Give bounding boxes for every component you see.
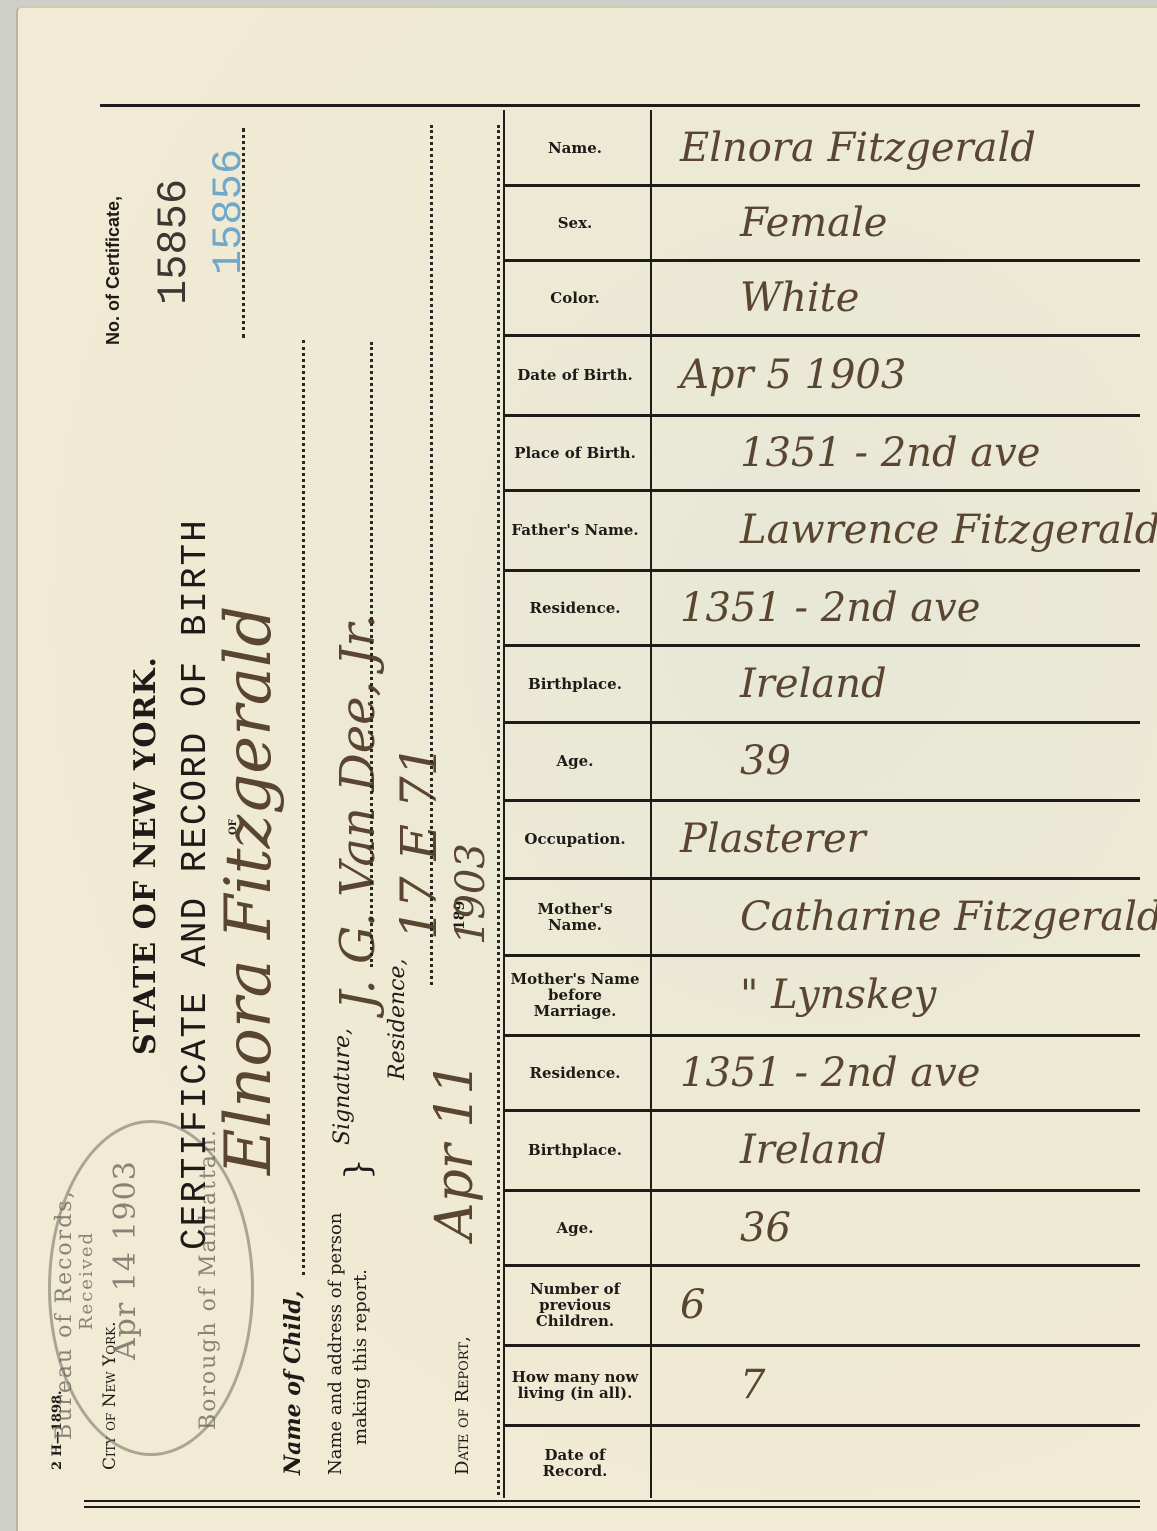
certificate-number-label: No. of Certificate, <box>103 196 124 345</box>
row-label: Place of Birth. <box>510 415 640 490</box>
row-label: Residence. <box>510 1035 640 1110</box>
row-value: 6 <box>660 1265 1150 1345</box>
bottom-border-rule-2 <box>84 1506 1140 1508</box>
table-left-border <box>503 110 505 1498</box>
row-value: Ireland <box>660 1110 1157 1190</box>
row-value: Plasterer <box>660 800 1150 878</box>
row-value: Catharine Fitzgerald <box>660 878 1157 955</box>
row-label: Occupation. <box>510 800 640 878</box>
row-label: Age. <box>510 722 640 800</box>
reporter-label-line2: making this report. <box>350 1269 371 1445</box>
table-column-divider <box>650 110 652 1498</box>
row-value: 1351 - 2nd ave <box>660 415 1157 490</box>
row-value: Female <box>660 185 1157 260</box>
signature-label: Signature, <box>330 1028 355 1145</box>
row-label: Name. <box>510 110 640 185</box>
row-label: Date of Birth. <box>510 335 640 415</box>
date-of-report-value: Apr 11 <box>425 1062 485 1240</box>
row-value: 39 <box>660 722 1157 800</box>
bottom-border-rule <box>84 1500 1140 1502</box>
certificate-number-dotted-line <box>242 128 245 338</box>
signature-value: J. G. Van Dee, Jr. <box>330 614 386 1010</box>
residence-label: Residence, <box>385 958 410 1080</box>
row-value: 1351 - 2nd ave <box>660 570 1150 645</box>
brace-icon: } <box>338 1158 378 1180</box>
child-name-label: Name of Child, <box>280 1291 306 1475</box>
signature-dotted-line <box>370 342 373 967</box>
year-value: 1903 <box>448 843 494 945</box>
stamp-mid-text: Received <box>76 1231 97 1330</box>
row-value: 1351 - 2nd ave <box>660 1035 1150 1110</box>
row-value: 7 <box>660 1345 1157 1425</box>
date-dotted-line <box>497 125 500 1495</box>
row-label: Residence. <box>510 570 640 645</box>
row-label: Color. <box>510 260 640 335</box>
row-label: Sex. <box>510 185 640 260</box>
row-value: Apr 5 1903 <box>660 335 1150 415</box>
row-label: Number of previous Children. <box>510 1265 640 1345</box>
row-label: How many now living (in all). <box>510 1345 640 1425</box>
row-label: Birthplace. <box>510 645 640 722</box>
certificate-title: CERTIFICATE AND RECORD OF BIRTH <box>175 518 216 1250</box>
row-label: Birthplace. <box>510 1110 640 1190</box>
stamp-date: Apr 14 1903 <box>108 1160 143 1360</box>
row-value: Elnora Fitzgerald <box>660 110 1150 185</box>
child-name-dotted-line <box>302 340 305 1275</box>
certificate-number-printed: 15856 <box>150 179 198 305</box>
residence-dotted-line <box>430 125 433 985</box>
row-value: Ireland <box>660 645 1157 722</box>
reporter-label-line1: Name and address of person <box>325 1213 346 1475</box>
row-label: Date of Record. <box>510 1425 640 1500</box>
top-border-rule <box>100 104 1140 107</box>
child-name-value: Elnora Fitzgerald <box>212 606 286 1175</box>
row-value: " Lynskey <box>660 955 1157 1035</box>
row-value: 36 <box>660 1190 1157 1265</box>
row-value: Lawrence Fitzgerald <box>660 490 1157 570</box>
row-label: Age. <box>510 1190 640 1265</box>
residence-value: 17 E 71 <box>390 744 448 940</box>
row-value: White <box>660 260 1157 335</box>
row-label: Father's Name. <box>510 490 640 570</box>
row-label: Mother's Name before Marriage. <box>510 955 640 1035</box>
row-value <box>660 1425 1157 1500</box>
row-label: Mother's Name. <box>510 878 640 955</box>
state-title: STATE OF NEW YORK. <box>128 656 163 1055</box>
date-of-report-label: Date of Report, <box>452 1336 473 1475</box>
certificate-number-stamped: 15856 <box>205 149 253 275</box>
stamp-top-text: Bureau of Records, <box>52 1189 77 1440</box>
